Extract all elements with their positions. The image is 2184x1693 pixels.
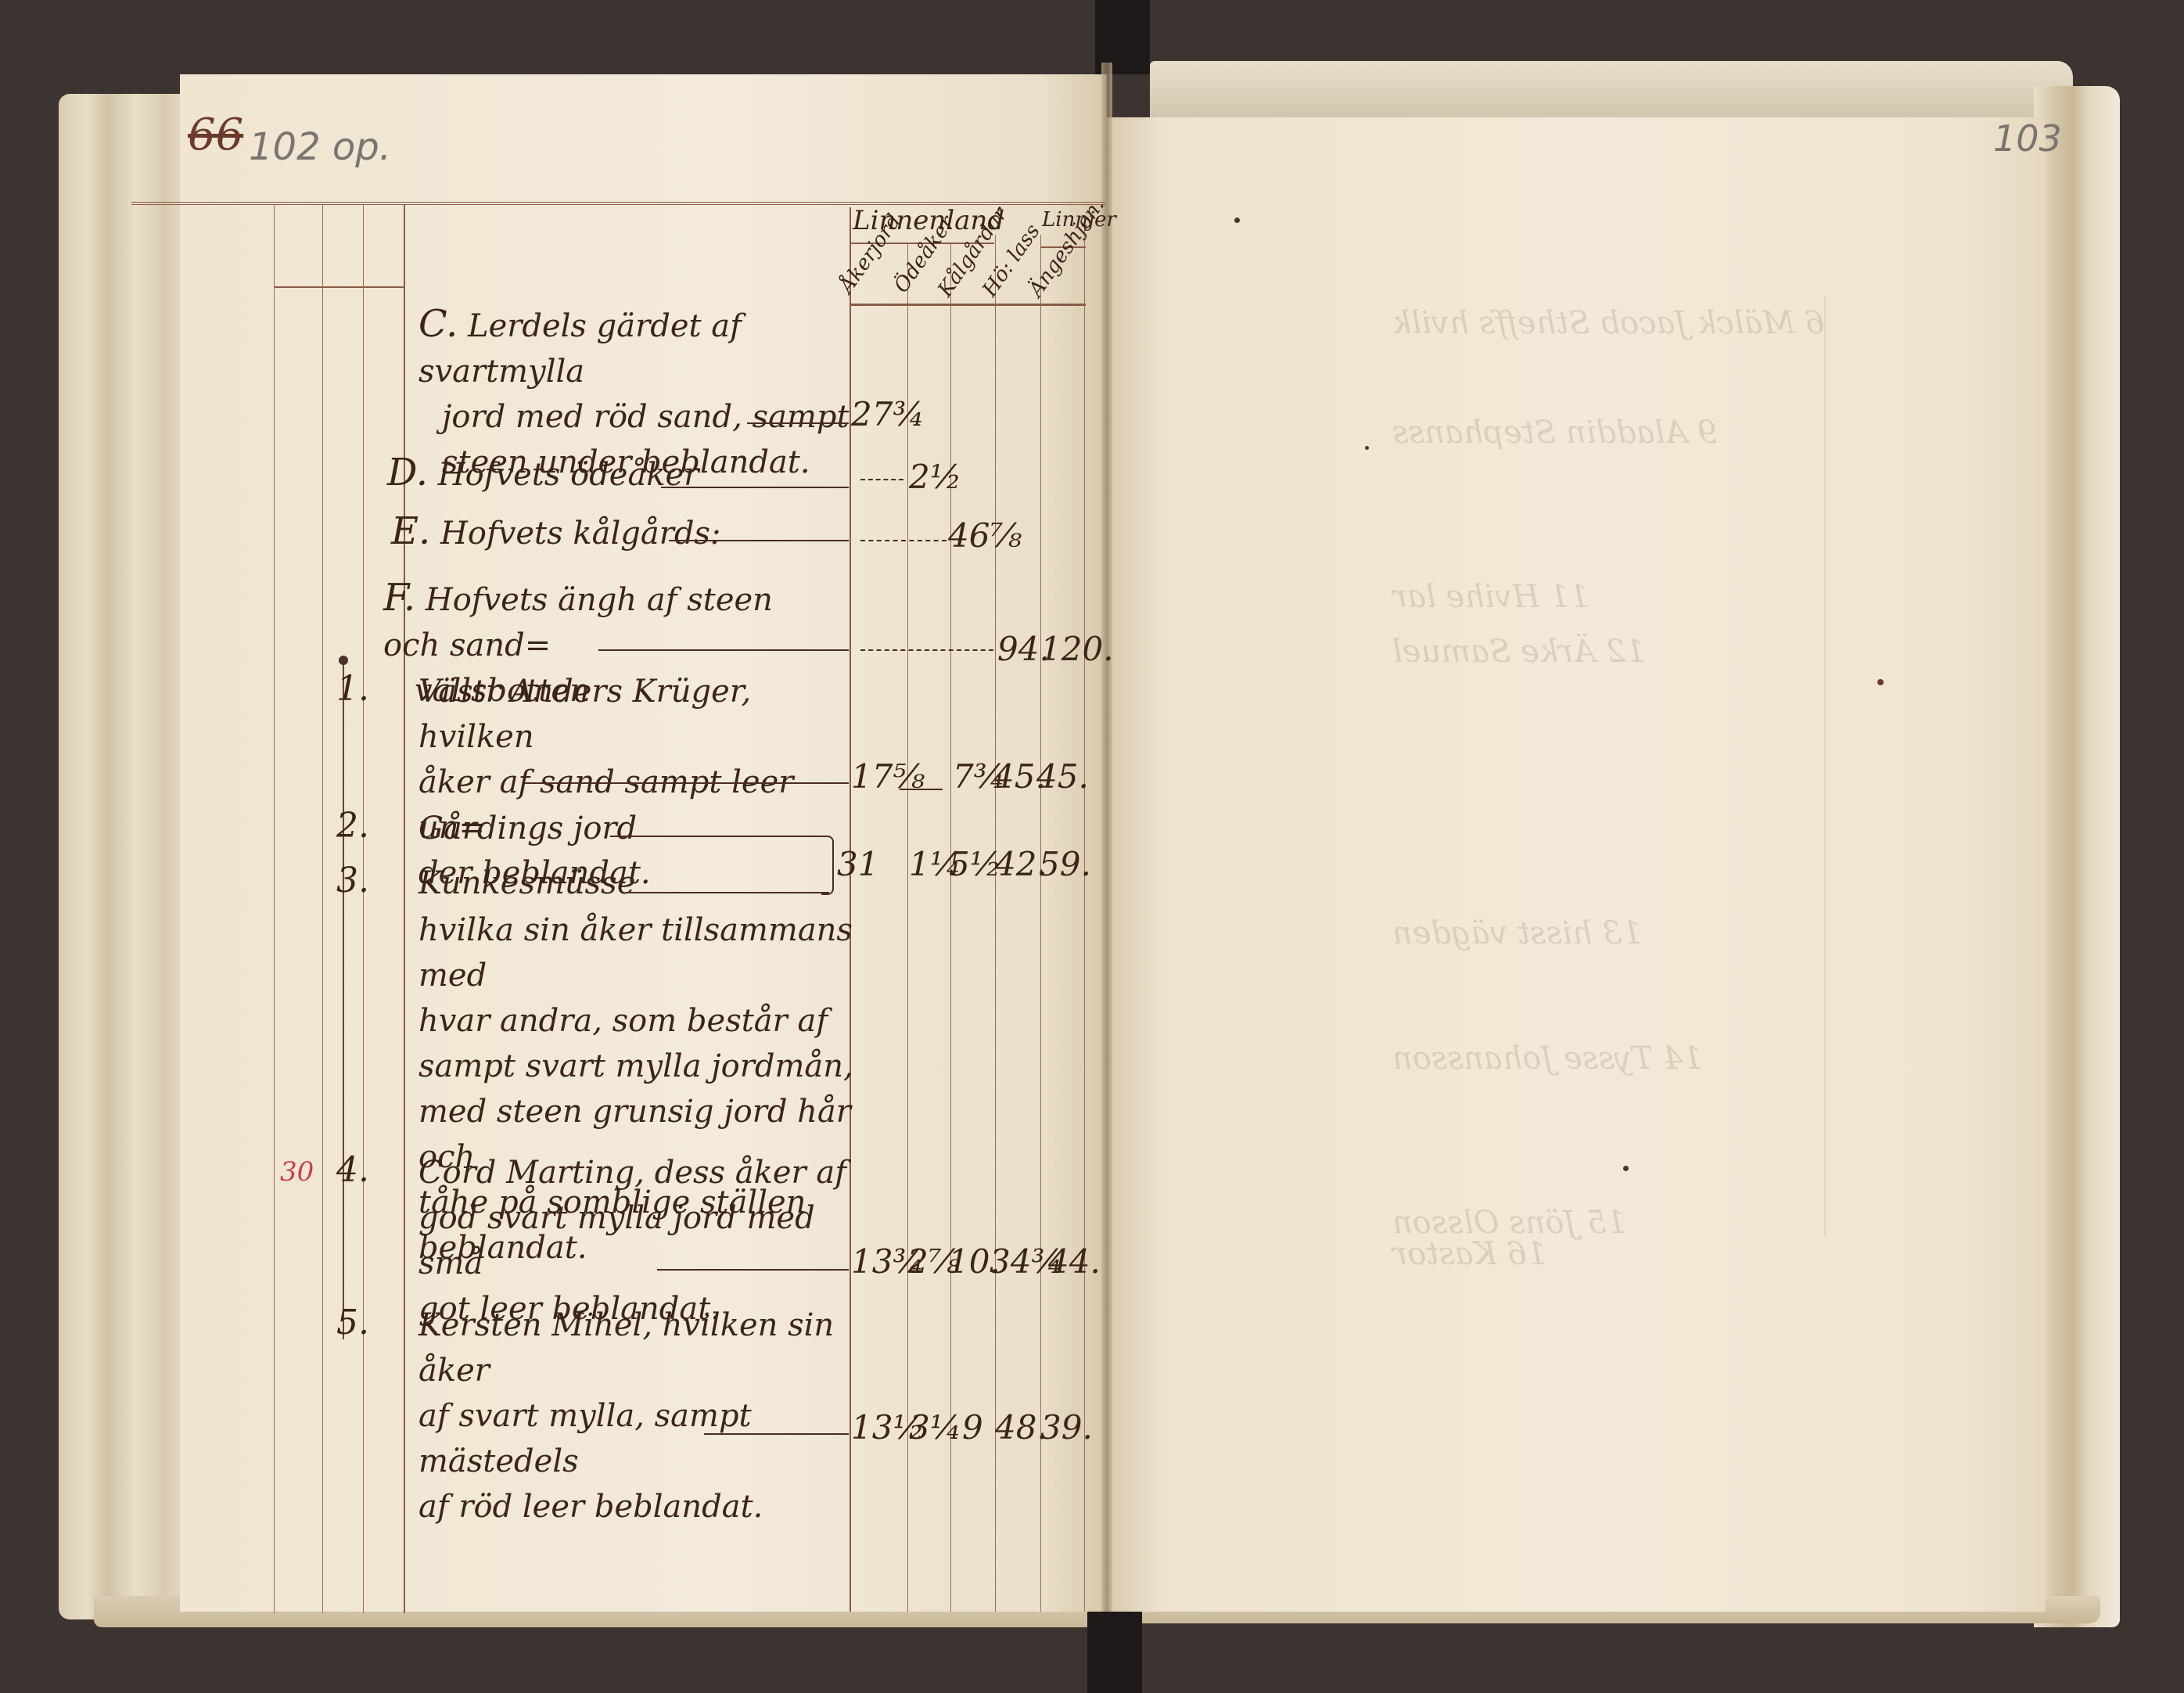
leader-d <box>661 487 849 488</box>
num-col-line-6 <box>1084 227 1085 1612</box>
bleed-through-line: 14 Tysse Johansson <box>1392 1041 1703 1077</box>
folio-pencil-right: 103 <box>1993 117 2062 160</box>
folio-pencil-left: 102 op. <box>249 125 391 169</box>
num-col-line-2 <box>907 243 908 1612</box>
right-page-stack-top <box>1150 61 2073 124</box>
entry-5: Kersten Mihel, hvilken sin åker af svart… <box>418 1303 857 1529</box>
text-column-left-line <box>404 205 405 1613</box>
leader-f-dash <box>860 649 993 651</box>
entry-e: E. Hofvets kålgårds: <box>391 509 829 556</box>
value-4-anges: 44. <box>1048 1242 1101 1281</box>
margin-annotation-30: 30 <box>280 1156 314 1188</box>
margin-header-rule <box>274 286 405 288</box>
value-5-odeaker: 3¼ <box>909 1408 961 1447</box>
row-number-5: 5. <box>336 1303 369 1343</box>
bleed-through-line: 13 hisst vägden <box>1392 915 1642 951</box>
value-23-akerjord: 31 <box>837 845 878 883</box>
leader-4 <box>657 1269 849 1271</box>
margin-line-1 <box>274 205 275 1613</box>
margin-line-3 <box>363 205 364 1613</box>
value-5-kalgardar: 9 <box>962 1408 983 1447</box>
ink-speck <box>1623 1166 1629 1171</box>
value-23-kalgardar: 5½ <box>949 845 1001 883</box>
value-d-odeaker: 2½ <box>909 458 961 496</box>
leader-e-dash <box>860 540 947 541</box>
bleed-through-line: 9 Aladdin Stephanss <box>1392 415 1717 451</box>
row-number-2: 2. <box>336 806 369 846</box>
margin-line-2 <box>322 205 323 1613</box>
value-e-kalgardar: 46⅞ <box>948 516 1022 555</box>
entry-2: Gårdings jord <box>418 806 857 851</box>
bleed-through-line: 6 Mälck Jacob Stheffs hvilk <box>1392 305 1824 341</box>
bleed-through-line: 12 Ärke Samuel <box>1392 634 1646 670</box>
value-5-ho: 48. <box>995 1408 1047 1447</box>
value-f-anges: 120. <box>1040 630 1114 668</box>
value-c-akerjord: 27¾ <box>851 395 925 433</box>
entry-3: Kunkesmüsse <box>418 861 857 906</box>
folio-crossed: 66 <box>188 110 243 160</box>
right-page-stack <box>2034 86 2120 1627</box>
leader-1-mid <box>900 789 943 790</box>
leader-f <box>598 649 849 651</box>
leader-2 <box>610 836 829 837</box>
book-spine-bottom <box>1087 1612 1142 1693</box>
left-page-stack <box>59 94 199 1619</box>
leader-5 <box>704 1433 849 1435</box>
leader-3 <box>626 892 829 893</box>
bleed-through-line: 11 Hvihe lar <box>1392 579 1590 615</box>
row-number-4: 4. <box>336 1150 369 1190</box>
ink-speck <box>1234 217 1240 223</box>
row-number-3: 3. <box>336 861 369 900</box>
book-gutter <box>1101 63 1112 1627</box>
num-col-line-5 <box>1040 235 1041 1612</box>
row-number-1: 1. <box>336 669 369 709</box>
leader-1 <box>524 782 849 784</box>
right-page <box>1107 117 2046 1612</box>
entry-d: D. Hofvets ödeåker <box>387 450 825 498</box>
num-col-line-4 <box>995 235 996 1612</box>
leader-e <box>669 540 849 541</box>
entries-bracket <box>343 659 344 1339</box>
leader-d-dash <box>860 479 903 480</box>
brace-2-3 <box>821 836 834 895</box>
bleed-through-line: 16 Kastor <box>1392 1236 1546 1272</box>
leader-c <box>747 422 849 424</box>
ink-speck <box>1877 679 1884 685</box>
value-5-anges: 39. <box>1040 1408 1093 1447</box>
bleed-through-rule <box>1824 297 1826 1236</box>
value-23-anges: 59. <box>1039 845 1091 883</box>
num-col-line-3 <box>950 243 951 1612</box>
ink-speck <box>1365 446 1369 450</box>
ink-dot <box>339 656 348 665</box>
header-bottom-rule <box>850 304 1086 306</box>
value-1-anges: 45. <box>1036 757 1089 796</box>
